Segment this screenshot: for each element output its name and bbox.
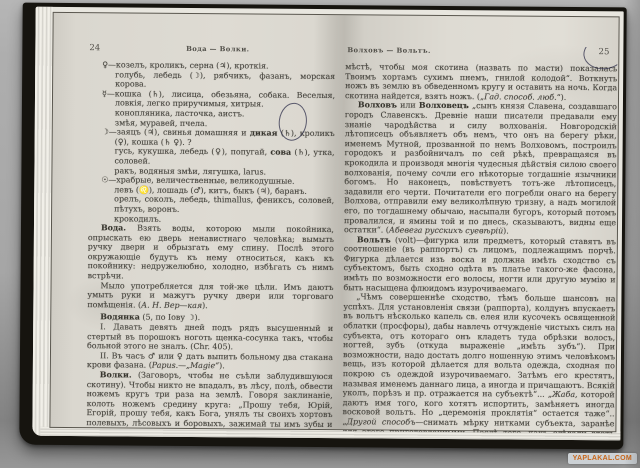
right-page-header: Волховъ — Вольтъ. 25 <box>345 45 617 57</box>
text-run: ♀—козелъ, кроликъ, серна (♃), кроткія. <box>102 60 268 70</box>
book-photo-scene: 24 Вода — Волки. ♀—козелъ, кроликъ, серн… <box>0 0 640 468</box>
watermark-badge: YAPLAKAL.COM <box>568 453 637 464</box>
running-head-right: Волховъ — Вольтъ. <box>345 46 598 56</box>
text-run: „Чѣмъ совершеннѣе сходство, тѣмъ больше … <box>343 293 616 399</box>
text-run: Гад. способ. люб. <box>484 92 557 102</box>
text-run: дикая <box>250 129 278 138</box>
text-line: голубь, лебедь (☽), рябчикъ, фазанъ, мор… <box>89 70 335 91</box>
text-line: мѣстѣ, чтобы моя скотина (назвать по мас… <box>345 62 617 103</box>
text-run: А. Н. Вер—кая <box>141 300 202 309</box>
text-run: мѣстѣ, чтобы моя скотина (назвать по мас… <box>345 62 617 101</box>
left-page: 24 Вода — Волки. ♀—козелъ, кроликъ, серн… <box>86 43 335 429</box>
text-line: Волки. (Заговоръ, чтобы не съѣли заблуди… <box>86 370 332 429</box>
page-number-left: 24 <box>89 43 100 53</box>
text-run: Волховъ <box>358 101 397 110</box>
text-run: ). <box>202 301 208 310</box>
text-run: I. Давать девять дней подъ рядъ высушенн… <box>87 322 333 351</box>
text-run: змѣя, муравей, пчела. <box>115 118 208 128</box>
page-number-right: 25 <box>599 47 610 57</box>
right-page: Волховъ — Вольтъ. 25 мѣстѣ, чтобы моя ск… <box>342 45 617 433</box>
text-line: Вода. Взять воды, которою мыли покойника… <box>88 223 334 282</box>
right-page-text: мѣстѣ, чтобы моя скотина (назвать по мас… <box>342 62 617 433</box>
text-run: крокодилъ. <box>114 214 161 223</box>
text-run: Papus.—„Magie“ <box>152 361 219 371</box>
text-run: ☽—заяцъ (♃), свинья домашняя и <box>102 127 250 137</box>
left-page-header: 24 Вода — Волки. <box>89 43 335 55</box>
text-run: ). <box>219 362 225 371</box>
running-head-left: Вода — Волки. <box>100 44 335 54</box>
text-run: „сынъ князя Славена, создавшаго городъ С… <box>344 102 617 235</box>
text-run: ракъ, водяныя змѣи, лягушка, larus. <box>114 166 266 176</box>
text-run: гусь, кукушка, лебедь (♀), попугай, <box>115 147 271 157</box>
text-run: Жаба <box>552 390 575 399</box>
text-run: Другой способъ <box>347 417 416 427</box>
text-run: (Заговоръ, чтобы не съѣли заблудившуюся … <box>86 371 332 430</box>
text-line: Волховъ или Волховецъ „сынъ князя Славен… <box>344 101 617 237</box>
text-run: Мыло употребляется для той-же цѣли. Имъ … <box>87 281 333 310</box>
text-run: орелъ, соколъ, лебедь, thimallus, феникс… <box>114 195 334 214</box>
text-run: или <box>397 101 419 110</box>
watermark-text: YAPLAKAL.COM <box>573 455 632 462</box>
text-run: Волховецъ <box>419 101 469 110</box>
book-cover: 24 Вода — Волки. ♀—козелъ, кроликъ, серн… <box>19 3 626 450</box>
text-run: (volt)—фигурка или предметъ, который ста… <box>343 235 615 293</box>
text-run: Вольтъ <box>357 235 391 244</box>
text-run: Абевега русскихъ суевѣрій <box>389 226 503 236</box>
open-page-spread: 24 Вода — Волки. ♀—козелъ, кроликъ, серн… <box>49 12 619 432</box>
text-line: Мыло употребляется для той-же цѣли. Имъ … <box>87 281 333 312</box>
text-run: ). <box>503 227 509 236</box>
text-run: Вода. <box>101 223 126 232</box>
text-line: гусь, кукушка, лебедь (♀), попугай, сова… <box>88 147 334 168</box>
page-edges: 24 Вода — Волки. ♀—козелъ, кроликъ, серн… <box>32 7 623 441</box>
text-run: голубь, лебедь (☽), рябчикъ, фазанъ, мор… <box>115 70 335 89</box>
text-line: I. Давать девять дней подъ рядъ высушенн… <box>87 322 333 353</box>
text-run: сова <box>270 148 291 157</box>
text-line: „Чѣмъ совершеннѣе сходство, тѣмъ больше … <box>342 292 615 433</box>
text-run: “). <box>557 93 567 102</box>
text-line: Вольтъ (volt)—фигурка или предметъ, кото… <box>343 235 615 295</box>
text-run: Водянка <box>100 313 140 322</box>
text-run: конопляника, ласточка, аистъ. <box>115 108 245 118</box>
text-line: II. Въ часъ ♂ или ♀ дать выпить больному… <box>87 351 333 372</box>
text-line: орелъ, соколъ, лебедь, thimallus, феникс… <box>88 194 334 215</box>
text-run: (5, по Іову ☽). <box>140 313 200 322</box>
text-run: Волки. <box>100 370 132 379</box>
